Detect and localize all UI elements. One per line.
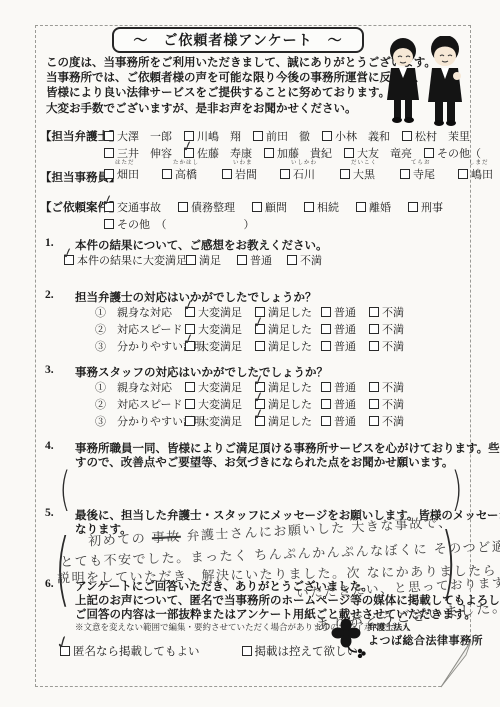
checkbox-label: 不満: [300, 252, 322, 268]
checkbox-publish-anonymous-ok[interactable]: ✓匿名なら掲載してもよい: [60, 643, 200, 659]
checkbox-label: 不満: [382, 413, 404, 429]
checkbox-box: ✓: [304, 202, 314, 212]
checkbox-lawyer-kobayashi-yoshikazu[interactable]: ✓小林 義和: [322, 128, 390, 144]
checkbox-box: ✓: [64, 255, 74, 265]
checkbox-box: ✓: [242, 646, 252, 656]
checkbox-label: その他 （ ）: [117, 216, 255, 232]
checkbox-label: 普通: [334, 338, 356, 354]
checkbox-label: 普通: [334, 304, 356, 320]
checkbox-label: 大変満足: [198, 321, 242, 337]
checkbox-box: ✓: [369, 416, 379, 426]
checkbox-label: 高橋: [175, 166, 197, 182]
checkbox-box: ✓: [185, 399, 195, 409]
q3-row-1: ① 親身な対応 ✓大変満足 ✓満足した ✓普通 ✓不満: [95, 379, 404, 395]
checkbox-box: ✓: [186, 255, 196, 265]
checkbox-box: ✓: [255, 416, 265, 426]
q3-r1-very-satisfied[interactable]: ✓大変満足: [185, 379, 255, 395]
checkbox-label: その他（ ）: [437, 145, 500, 161]
q3-r3-very-satisfied[interactable]: ✓大変満足: [185, 413, 255, 429]
checkbox-label: 普通: [334, 413, 356, 429]
checkbox-clerk-hatada[interactable]: はただ✓畑田: [104, 161, 139, 182]
checkbox-box: ✓: [322, 131, 332, 141]
checkbox-label: 大変満足: [198, 379, 242, 395]
intro-line: 大変お手数でございますが、是非お声をお聞かせください。: [46, 102, 436, 117]
checkbox-box: ✓: [237, 255, 247, 265]
q2-row-3: ③ 分かりやすい説明 ✓大変満足 ✓満足した ✓普通 ✓不満: [95, 338, 404, 354]
intro-line: 皆様により良い法律サービスをご提供することに努めております。: [46, 86, 436, 101]
checkbox-clerk-terao[interactable]: てらお✓寺尾: [400, 161, 435, 182]
checkbox-case-inheritance[interactable]: ✓相続: [304, 199, 339, 215]
checkbox-lawyer-sato-toshiyasu[interactable]: ✓佐藤 寿康: [184, 145, 252, 161]
q4-number: 4.: [45, 440, 54, 452]
checkbox-box: ✓: [344, 148, 354, 158]
q2-r2-dissatisfied[interactable]: ✓不満: [369, 321, 404, 337]
q2-row3-label: ③ 分かりやすい説明: [95, 338, 185, 354]
page-fold-corner: [415, 628, 485, 698]
checkbox-box: ✓: [369, 307, 379, 317]
intro-line: この度は、当事務所をご利用いただきまして、誠にありがとうございます。: [46, 56, 436, 71]
checkbox-box: ✓: [458, 169, 468, 179]
checkbox-box: ✓: [162, 169, 172, 179]
q2-number: 2.: [45, 289, 54, 301]
q6-number: 6.: [45, 578, 54, 590]
checkbox-box: ✓: [264, 148, 274, 158]
checkbox-label: 不満: [382, 379, 404, 395]
open-bracket: (: [59, 462, 70, 516]
q1-number: 1.: [45, 237, 54, 249]
checkbox-box: ✓: [255, 324, 265, 334]
cartoon-person-left: [387, 38, 419, 123]
checkbox-box: ✓: [104, 169, 114, 179]
checkbox-label: 三井 伸容: [117, 145, 172, 161]
checkbox-box: ✓: [253, 131, 263, 141]
clover-logo-icon: [331, 618, 367, 658]
checkbox-label: 不満: [382, 321, 404, 337]
q3-row-3: ③ 分かりやすい説明 ✓大変満足 ✓満足した ✓普通 ✓不満: [95, 413, 404, 429]
checkbox-label: 満足した: [268, 413, 312, 429]
intro-line: 当事務所では、ご依頼者様の声を可能な限り今後の事務所運営に反映し、: [46, 71, 436, 86]
checkbox-case-traffic-accident[interactable]: ✓交通事故: [104, 199, 161, 215]
checkbox-box: ✓: [104, 202, 114, 212]
checkbox-case-criminal[interactable]: ✓刑事: [408, 199, 443, 215]
q3-r1-dissatisfied[interactable]: ✓不満: [369, 379, 404, 395]
checkbox-label: 満足した: [268, 379, 312, 395]
checkbox-case-debt[interactable]: ✓債務整理: [178, 199, 235, 215]
checkbox-label: 大変満足: [198, 396, 242, 412]
q2-row-1: ① 親身な対応 ✓大変満足 ✓満足した ✓普通 ✓不満: [95, 304, 404, 320]
checkbox-label: 前田 徹: [266, 128, 310, 144]
checkbox-label: 石川: [293, 166, 315, 182]
checkbox-label: 畑田: [117, 166, 139, 182]
checkbox-lawyer-kato-takanori[interactable]: ✓加藤 貴紀: [264, 145, 332, 161]
checkbox-label: 本件の結果に大変満足: [77, 252, 187, 268]
checkbox-label: 顧問: [265, 199, 287, 215]
q2-r1-dissatisfied[interactable]: ✓不満: [369, 304, 404, 320]
q2-r3-dissatisfied[interactable]: ✓不満: [369, 338, 404, 354]
q3-number: 3.: [45, 364, 54, 376]
checkbox-label: 松村 茉里: [415, 128, 470, 144]
publish-consent-row: ✓匿名なら掲載してもよい ✓掲載は控えて欲しい: [60, 643, 358, 659]
checkbox-label: 大変満足: [198, 304, 242, 320]
checkbox-lawyer-otomo-ryusuke[interactable]: ✓大友 竜亮: [344, 145, 412, 161]
checkbox-box: ✓: [356, 202, 366, 212]
q2-row2-label: ② 対応スピード: [95, 321, 185, 337]
checkbox-box: ✓: [402, 131, 412, 141]
checkbox-box: ✓: [321, 416, 331, 426]
checkbox-label: 満足した: [268, 304, 312, 320]
checkbox-case-advisory[interactable]: ✓顧問: [252, 199, 287, 215]
clerk-row: はただ✓畑田 たかはし✓高橋 いわま✓岩間 いしかわ✓石川 だいこく✓大黒 てら…: [104, 161, 493, 182]
checkbox-box: ✓: [424, 148, 434, 158]
q3-row2-label: ② 対応スピード: [95, 396, 185, 412]
q3-r3-neutral[interactable]: ✓普通: [321, 413, 369, 429]
handwriting-text: 初めての: [88, 532, 147, 550]
q2-row1-label: ① 親身な対応: [95, 304, 185, 320]
checkbox-label: 大変満足: [198, 338, 242, 354]
checkbox-box: ✓: [60, 646, 70, 656]
q2-r2-neutral[interactable]: ✓普通: [321, 321, 369, 337]
cartoon-person-right: [428, 36, 462, 126]
checkbox-box: ✓: [408, 202, 418, 212]
checkbox-box: ✓: [184, 148, 194, 158]
q1-opt-satisfied[interactable]: ✓満足: [186, 252, 237, 268]
q3-row1-label: ① 親身な対応: [95, 379, 185, 395]
q3-r3-dissatisfied[interactable]: ✓不満: [369, 413, 404, 429]
checkbox-box: ✓: [287, 255, 297, 265]
q2-row-2: ② 対応スピード ✓大変満足 ✓満足した ✓普通 ✓不満: [95, 321, 404, 337]
q3-r3-satisfied[interactable]: ✓満足した: [255, 413, 321, 429]
checkbox-box: ✓: [321, 324, 331, 334]
checkbox-box: ✓: [178, 202, 188, 212]
case-row-1: ✓交通事故 ✓債務整理 ✓顧問 ✓相続 ✓離婚 ✓刑事: [104, 199, 443, 215]
q1-opt-dissatisfied[interactable]: ✓不満: [287, 252, 322, 268]
q2-r3-satisfied[interactable]: ✓満足した: [255, 338, 321, 354]
checkbox-box: ✓: [185, 416, 195, 426]
checkbox-label: 岩間: [235, 166, 257, 182]
page-title: ～ ご依頼者様アンケート ～: [112, 27, 364, 53]
checkbox-box: ✓: [185, 341, 195, 351]
checkbox-label: 加藤 貴紀: [277, 145, 332, 161]
checkbox-label: 普通: [250, 252, 272, 268]
checkbox-box: ✓: [185, 382, 195, 392]
checkbox-box: ✓: [185, 307, 195, 317]
checkbox-label: 嶋田: [471, 166, 493, 182]
cartoon-lawyers-illustration: [381, 36, 473, 128]
lawyer-row-1: ✓大澤 一郎 ✓川嶋 翔 ✓前田 徹 ✓小林 義和 ✓松村 茉里: [104, 128, 470, 144]
q2-r3-very-satisfied[interactable]: ✓大変満足: [185, 338, 255, 354]
checkbox-label: 大澤 一郎: [117, 128, 172, 144]
q2-r1-satisfied[interactable]: ✓満足した: [255, 304, 321, 320]
checkbox-box: ✓: [369, 324, 379, 334]
checkbox-box: ✓: [369, 382, 379, 392]
checkbox-lawyer-mitsui-nobuyasu[interactable]: ✓三井 伸容: [104, 145, 172, 161]
checkbox-box: ✓: [400, 169, 410, 179]
checkbox-label: 満足した: [268, 338, 312, 354]
checkbox-label: 刑事: [421, 199, 443, 215]
checkbox-box: ✓: [280, 169, 290, 179]
checkbox-clerk-iwama[interactable]: いわま✓岩間: [222, 161, 257, 182]
q2-r1-very-satisfied[interactable]: ✓大変満足: [185, 304, 255, 320]
q3-r2-dissatisfied[interactable]: ✓不満: [369, 396, 404, 412]
checkbox-box: ✓: [104, 219, 114, 229]
checkbox-box: ✓: [321, 399, 331, 409]
checkbox-label: 債務整理: [191, 199, 235, 215]
checkbox-case-divorce[interactable]: ✓離婚: [356, 199, 391, 215]
q1-heading: 本件の結果について、ご感想をお教えください。: [75, 237, 328, 253]
checkbox-box: ✓: [340, 169, 350, 179]
checkbox-lawyer-osawa-ichiro[interactable]: ✓大澤 一郎: [104, 128, 172, 144]
checkbox-label: 大友 竜亮: [357, 145, 412, 161]
checkbox-label: 普通: [334, 321, 356, 337]
q3-row-2: ② 対応スピード ✓大変満足 ✓満足した ✓普通 ✓不満: [95, 396, 404, 412]
checkbox-lawyer-other[interactable]: ✓その他（ ）: [424, 145, 500, 161]
q3-heading: 事務スタッフの対応はいかがでしたでしょうか？: [75, 364, 328, 380]
checkbox-label: 不満: [382, 338, 404, 354]
checkbox-label: 佐藤 寿康: [197, 145, 252, 161]
q3-row3-label: ③ 分かりやすい説明: [95, 413, 185, 429]
checkbox-lawyer-matsumura-mari[interactable]: ✓松村 茉里: [402, 128, 470, 144]
checkbox-case-other[interactable]: ✓その他 （ ）: [104, 216, 255, 232]
checkbox-box: ✓: [321, 382, 331, 392]
q2-heading: 担当弁護士の対応はいかがでしたでしょうか？: [75, 289, 317, 305]
handwriting-strikethrough: 事故: [152, 530, 182, 546]
checkbox-label: 不満: [382, 304, 404, 320]
checkbox-clerk-shimada[interactable]: しまだ✓嶋田: [458, 161, 493, 182]
q3-r1-neutral[interactable]: ✓普通: [321, 379, 369, 395]
checkbox-clerk-ishikawa[interactable]: いしかわ✓石川: [280, 161, 317, 182]
q5-number: 5.: [45, 507, 54, 519]
checkbox-box: ✓: [222, 169, 232, 179]
checkbox-label: 交通事故: [117, 199, 161, 215]
checkbox-label: 満足: [199, 252, 221, 268]
checkbox-lawyer-maeda-toru[interactable]: ✓前田 徹: [253, 128, 310, 144]
lawyer-row-2: ✓三井 伸容 ✓佐藤 寿康 ✓加藤 貴紀 ✓大友 竜亮 ✓その他（ ）: [104, 145, 500, 161]
checkbox-label: 大変満足: [198, 413, 242, 429]
checkbox-label: 離婚: [369, 199, 391, 215]
q1-options: ✓本件の結果に大変満足 ✓満足 ✓普通 ✓不満: [64, 252, 322, 268]
q3-r2-neutral[interactable]: ✓普通: [321, 396, 369, 412]
checkbox-clerk-daikoku[interactable]: だいこく✓大黒: [340, 161, 377, 182]
case-row-2: ✓その他 （ ）: [104, 216, 255, 232]
checkbox-box: ✓: [104, 148, 114, 158]
checkbox-label: 満足した: [268, 321, 312, 337]
checkbox-label: 満足した: [268, 396, 312, 412]
checkbox-box: ✓: [321, 341, 331, 351]
checkbox-box: ✓: [369, 341, 379, 351]
q2-r3-neutral[interactable]: ✓普通: [321, 338, 369, 354]
checkbox-label: 不満: [382, 396, 404, 412]
q1-opt-neutral[interactable]: ✓普通: [237, 252, 287, 268]
checkbox-label: 匿名なら掲載してもよい: [73, 643, 200, 659]
checkbox-box: ✓: [104, 131, 114, 141]
checkbox-label: 寺尾: [413, 166, 435, 182]
q3-r1-satisfied[interactable]: ✓満足した: [255, 379, 321, 395]
q1-opt-very-satisfied[interactable]: ✓本件の結果に大変満足: [64, 252, 186, 268]
q4-answer-area[interactable]: [70, 468, 445, 506]
checkbox-label: 普通: [334, 379, 356, 395]
checkbox-clerk-takahashi[interactable]: たかはし✓高橋: [162, 161, 199, 182]
checkbox-label: 小林 義和: [335, 128, 390, 144]
checkbox-label: 普通: [334, 396, 356, 412]
q2-r2-satisfied[interactable]: ✓満足した: [255, 321, 321, 337]
checkbox-box: ✓: [255, 341, 265, 351]
q3-r2-satisfied[interactable]: ✓満足した: [255, 396, 321, 412]
q2-r2-very-satisfied[interactable]: ✓大変満足: [185, 321, 255, 337]
checkbox-box: ✓: [321, 307, 331, 317]
checkbox-label: 川嶋 翔: [197, 128, 241, 144]
q2-r1-neutral[interactable]: ✓普通: [321, 304, 369, 320]
survey-page: ～ ご依頼者様アンケート ～ この度は、当事務所をご利用いただきまして、誠にあり…: [0, 0, 500, 707]
checkbox-label: 相続: [317, 199, 339, 215]
checkbox-label: 大黒: [353, 166, 375, 182]
q3-r2-very-satisfied[interactable]: ✓大変満足: [185, 396, 255, 412]
intro-paragraph: この度は、当事務所をご利用いただきまして、誠にありがとうございます。 当事務所で…: [46, 56, 436, 117]
checkbox-box: ✓: [252, 202, 262, 212]
checkbox-box: ✓: [369, 399, 379, 409]
